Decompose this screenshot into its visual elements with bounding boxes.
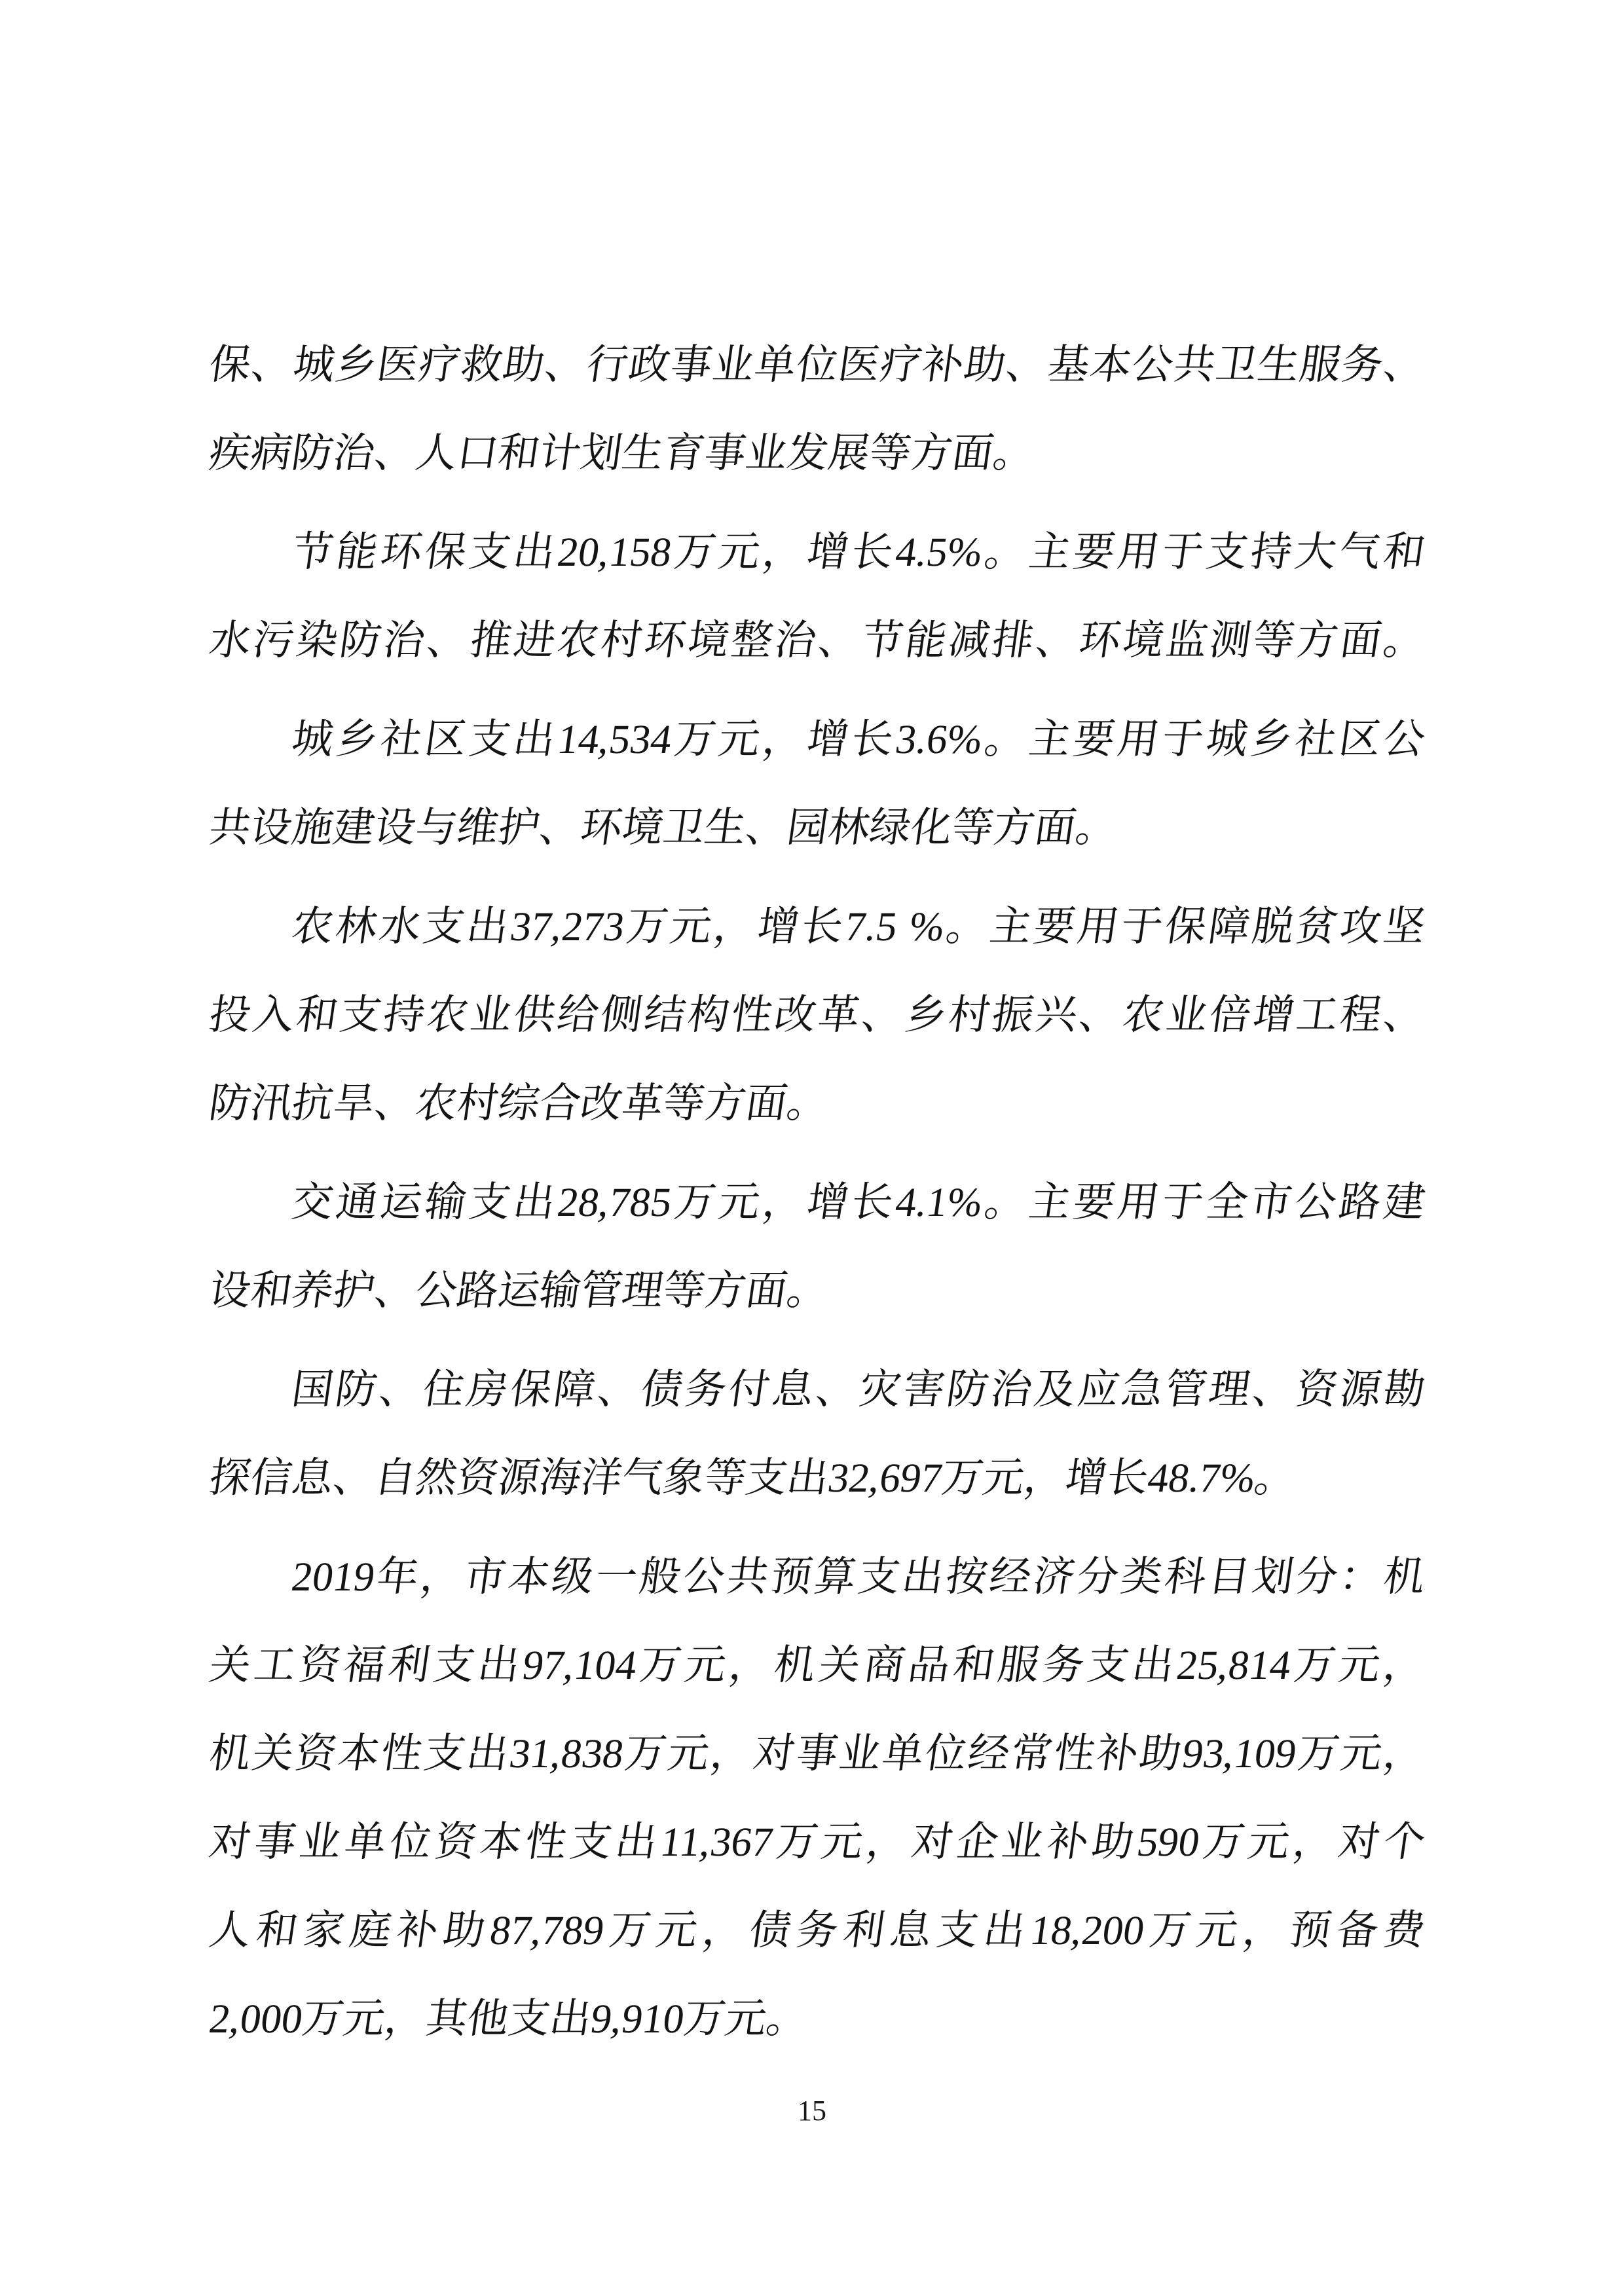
text-line: 保、城乡医疗救助、行政事业单位医疗补助、基本公共卫生服务、: [204, 321, 1431, 409]
text-line: 水污染防治、推进农村环境整治、节能减排、环境监测等方面。: [204, 597, 1431, 685]
text-line: 农林水支出37,273万元，增长7.5 %。主要用于保障脱贫攻坚: [204, 883, 1431, 971]
document-page: 保、城乡医疗救助、行政事业单位医疗补助、基本公共卫生服务、 疾病防治、人口和计划…: [0, 0, 1624, 2295]
text-line: 人和家庭补助87,789万元，债务利息支出18,200万元，预备费: [204, 1886, 1431, 1975]
text-line: 机关资本性支出31,838万元，对事业单位经常性补助93,109万元，: [204, 1710, 1431, 1798]
text-line: 探信息、自然资源海洋气象等支出32,697万元，增长48.7%。: [204, 1434, 1431, 1522]
page-number: 15: [0, 2091, 1624, 2131]
text-line: 城乡社区支出14,534万元，增长3.6%。主要用于城乡社区公: [204, 695, 1431, 784]
text-line: 国防、住房保障、债务付息、灾害防治及应急管理、资源勘: [204, 1346, 1431, 1434]
text-line: 交通运输支出28,785万元，增长4.1%。主要用于全市公路建: [204, 1158, 1431, 1247]
text-line: 疾病防治、人口和计划生育事业发展等方面。: [204, 409, 1431, 498]
body-text: 保、城乡医疗救助、行政事业单位医疗补助、基本公共卫生服务、 疾病防治、人口和计划…: [210, 321, 1425, 2074]
text-line: 2019年，市本级一般公共预算支出按经济分类科目划分：机: [204, 1533, 1431, 1621]
text-line: 2,000万元，其他支出9,910万元。: [204, 1975, 1431, 2063]
text-line: 节能环保支出20,158万元，增长4.5%。主要用于支持大气和: [204, 508, 1431, 597]
text-line: 共设施建设与维护、环境卫生、园林绿化等方面。: [204, 784, 1431, 872]
text-line: 防汛抗旱、农村综合改革等方面。: [204, 1059, 1431, 1148]
text-line: 投入和支持农业供给侧结构性改革、乡村振兴、农业倍增工程、: [204, 971, 1431, 1059]
text-line: 对事业单位资本性支出11,367万元，对企业补助590万元，对个: [204, 1798, 1431, 1886]
text-line: 关工资福利支出97,104万元，机关商品和服务支出25,814万元，: [204, 1621, 1431, 1710]
text-line: 设和养护、公路运输管理等方面。: [204, 1247, 1431, 1335]
